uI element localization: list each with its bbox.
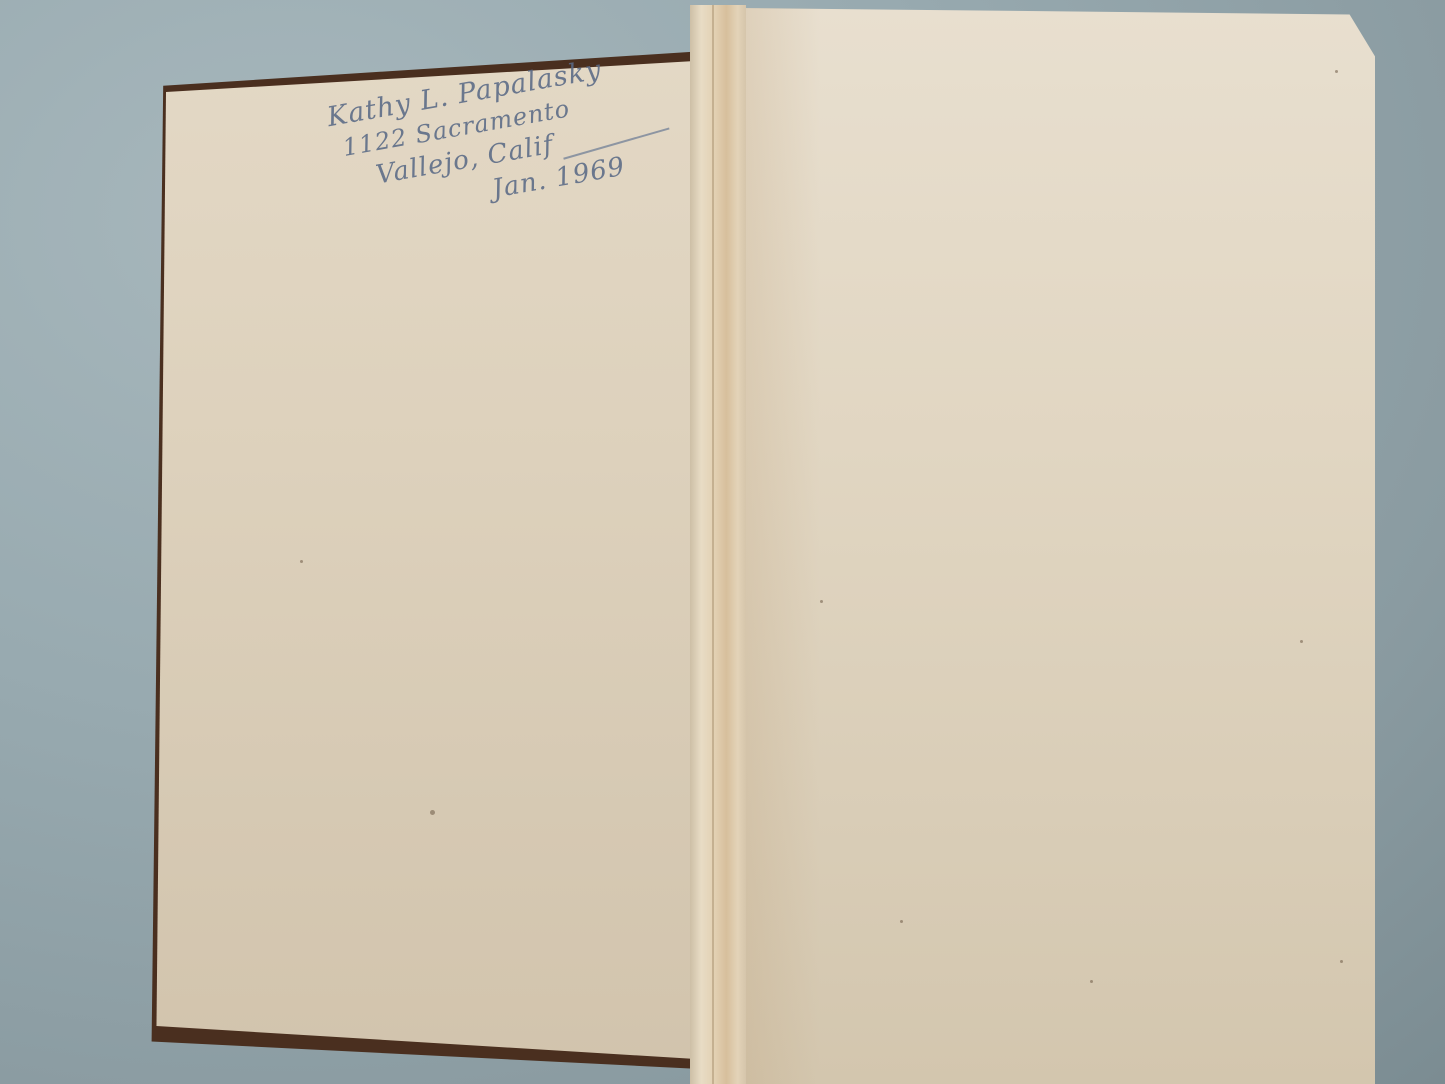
foxing-speck: [1335, 70, 1338, 73]
foxing-speck: [900, 920, 903, 923]
foxing-speck: [1090, 980, 1093, 983]
foxing-speck: [820, 600, 823, 603]
foxing-speck: [1300, 640, 1303, 643]
foxing-speck: [1340, 960, 1343, 963]
gutter-shadow: [740, 8, 820, 1084]
foxing-speck: [430, 810, 435, 815]
right-endpaper: [740, 8, 1375, 1084]
foxing-speck: [300, 560, 303, 563]
